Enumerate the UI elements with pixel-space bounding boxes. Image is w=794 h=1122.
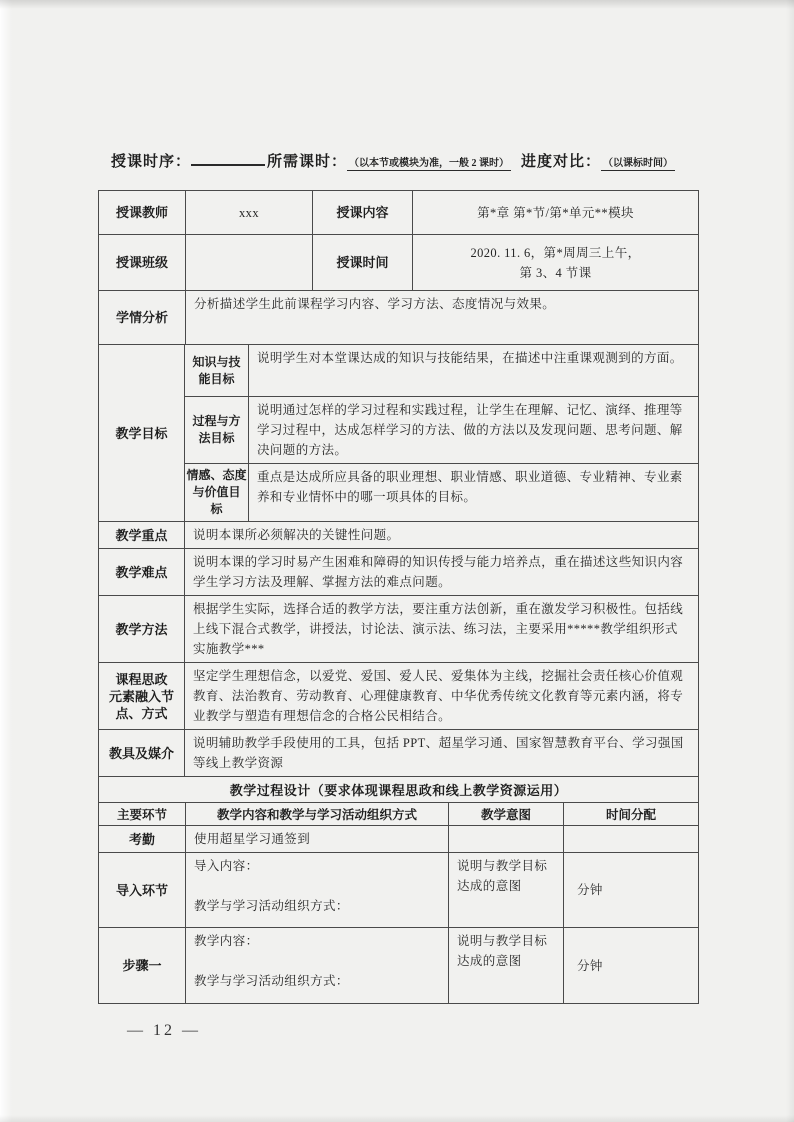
progress-compare-note: （以课标时间） <box>601 154 675 171</box>
process-stage-cell: 导入环节 <box>99 853 186 928</box>
analysis-label-cell: 学情分析 <box>99 291 186 345</box>
process-design-title-cell: 教学过程设计（要求体现课程思政和线上教学资源运用） <box>99 777 699 803</box>
time-label-cell: 授课时间 <box>313 235 413 291</box>
row-label-cell: 教具及媒介 <box>99 730 185 777</box>
objective-sub-label-cell: 情感、态度 与价值目 标 <box>185 464 249 522</box>
row-label-cell: 教学方法 <box>99 596 185 663</box>
process-content-cell: 导入内容： 教学与学习活动组织方式： <box>186 853 449 928</box>
row-text-cell: 说明本课所必须解决的关键性问题。 <box>185 522 699 549</box>
process-stage-cell: 考勤 <box>99 826 186 853</box>
process-header-stage: 主要环节 <box>99 803 186 826</box>
process-header-content: 教学内容和教学与学习活动组织方式 <box>186 803 449 826</box>
process-table: 主要环节 教学内容和教学与学习活动组织方式 教学意图 时间分配 考勤 使用超星学… <box>98 802 699 1004</box>
process-intent-cell: 说明与教学目标达成的意图 <box>449 853 564 928</box>
process-time-cell: 分钟 <box>564 853 699 928</box>
class-value-cell <box>186 235 313 291</box>
class-label-cell: 授课班级 <box>99 235 186 291</box>
content-value-cell: 第*章 第*节/第*单元**模块 <box>413 191 699 235</box>
time-value-cell: 2020. 11. 6，第*周周三上午， 第 3、4 节课 <box>413 235 699 291</box>
objective-sub-label-cell: 过程与方 法目标 <box>185 397 249 464</box>
process-intent-cell <box>449 826 564 853</box>
process-content-cell: 教学内容： 教学与学习活动组织方式： <box>186 928 449 1004</box>
required-periods-note: （以本节或模块为准，一般 2 课时） <box>347 154 511 171</box>
teacher-value-cell: xxx <box>186 191 313 235</box>
row-text-cell: 根据学生实际，选择合适的教学方法，要注重方法创新，重在激发学习积极性。包括线上线… <box>185 596 699 663</box>
lesson-plan-table: 授课教师 xxx 授课内容 第*章 第*节/第*单元**模块 授课班级 授课时间… <box>98 190 698 1004</box>
objective-text-cell: 重点是达成所应具备的职业理想、职业情感、职业道德、专业精神、专业素养和专业情怀中… <box>249 464 699 522</box>
teacher-label-cell: 授课教师 <box>99 191 186 235</box>
teaching-sequence-blank <box>191 150 265 166</box>
lecture-schedule-header: 授课时序： 所需课时： （以本节或模块为准，一般 2 课时） 进度对比： （以课… <box>111 150 711 171</box>
process-stage-cell: 步骤一 <box>99 928 186 1004</box>
row-text-cell: 说明本课的学习时易产生困难和障碍的知识传授与能力培养点，重在描述这些知识内容学生… <box>185 549 699 596</box>
row-text-cell: 坚定学生理想信念，以爱党、爱国、爱人民、爱集体为主线，挖掘社会责任核心价值观教育… <box>185 663 699 730</box>
process-content-cell: 使用超星学习通签到 <box>186 826 449 853</box>
objectives-table: 教学目标 知识与技 能目标 说明学生对本堂课达成的知识与技能结果，在描述中注重课… <box>98 344 699 522</box>
content-label-cell: 授课内容 <box>313 191 413 235</box>
info-table: 授课教师 xxx 授课内容 第*章 第*节/第*单元**模块 授课班级 授课时间… <box>98 190 699 345</box>
process-time-cell <box>564 826 699 853</box>
analysis-text-cell: 分析描述学生此前课程学习内容、学习方法、态度情况与效果。 <box>186 291 699 345</box>
process-header-time: 时间分配 <box>564 803 699 826</box>
required-periods-label: 所需课时： <box>267 150 347 171</box>
objective-text-cell: 说明通过怎样的学习过程和实践过程，让学生在理解、记忆、演绎、推理等学习过程中，达… <box>249 397 699 464</box>
attribute-table: 教学重点 说明本课所必须解决的关键性问题。 教学难点 说明本课的学习时易产生困难… <box>98 521 699 803</box>
process-intent-cell: 说明与教学目标达成的意图 <box>449 928 564 1004</box>
row-label-cell: 课程思政 元素融入节 点、方式 <box>99 663 185 730</box>
progress-compare-label: 进度对比： <box>521 150 601 171</box>
page-number: — 12 — <box>127 1022 201 1040</box>
process-header-intent: 教学意图 <box>449 803 564 826</box>
teaching-sequence-label: 授课时序： <box>111 150 191 171</box>
row-label-cell: 教学难点 <box>99 549 185 596</box>
row-label-cell: 教学重点 <box>99 522 185 549</box>
objectives-label-cell: 教学目标 <box>99 345 185 522</box>
objective-sub-label-cell: 知识与技 能目标 <box>185 345 249 397</box>
process-time-cell: 分钟 <box>564 928 699 1004</box>
row-text-cell: 说明辅助教学手段使用的工具，包括 PPT、超星学习通、国家智慧教育平台、学习强国… <box>185 730 699 777</box>
objective-text-cell: 说明学生对本堂课达成的知识与技能结果，在描述中注重课观测到的方面。 <box>249 345 699 397</box>
